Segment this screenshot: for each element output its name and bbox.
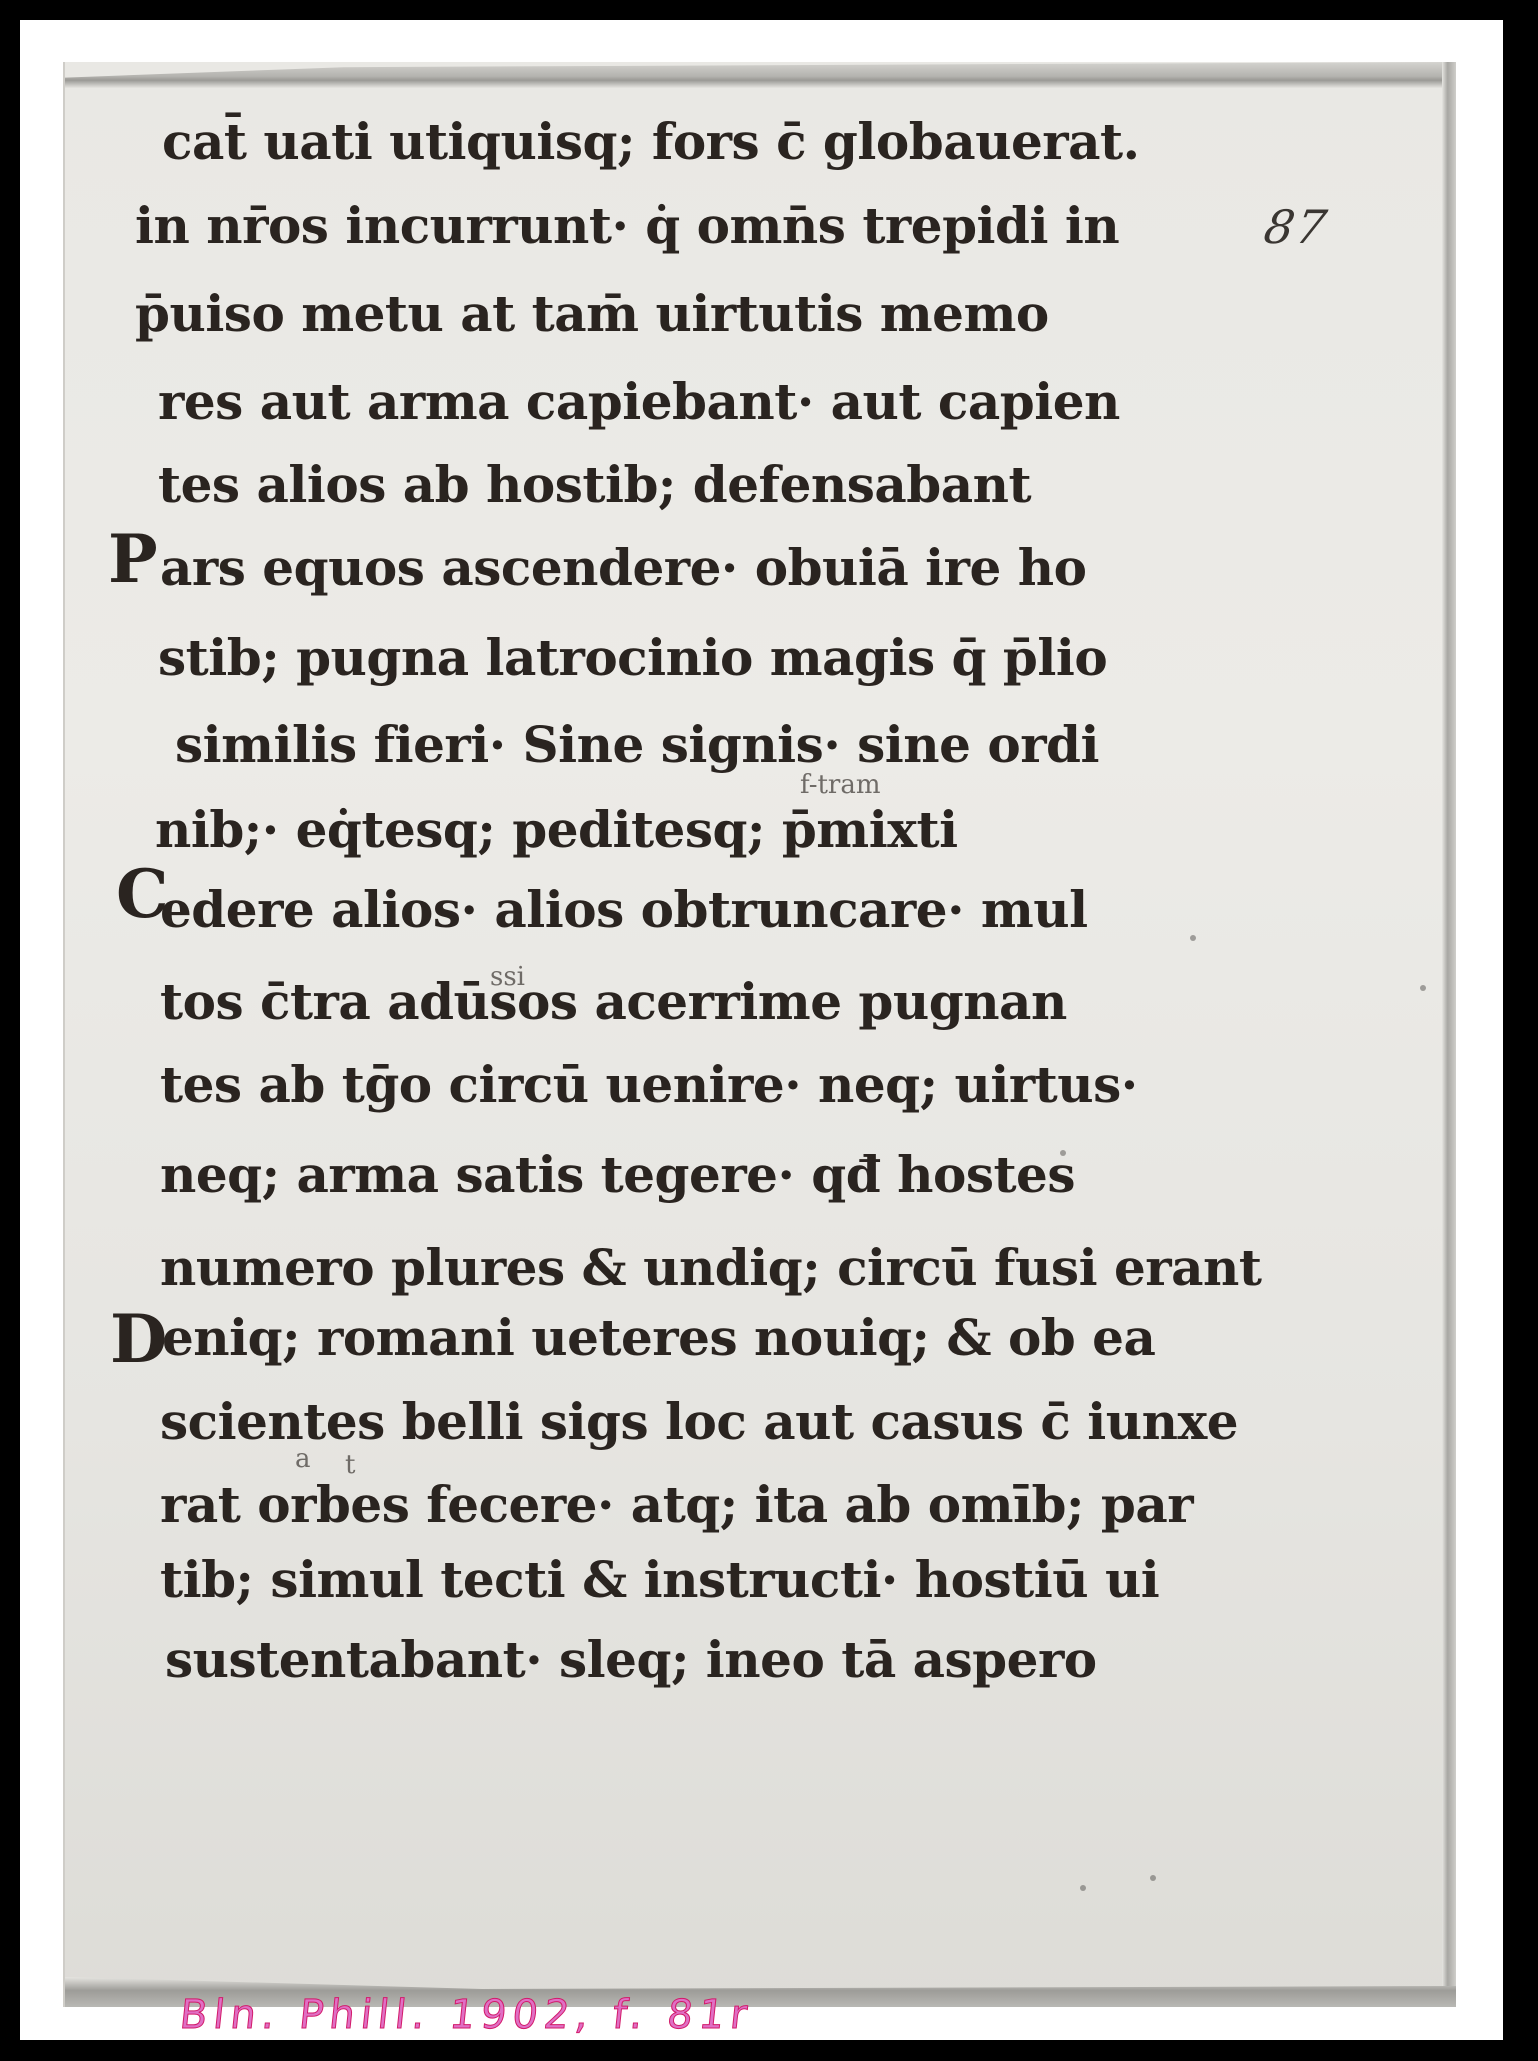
- text-line: tib; simul tecti & instructi· hostiū ui: [160, 1550, 1159, 1609]
- text-line: in nr̄os incurrunt· q̇ omn̄s trepidi in: [135, 196, 1119, 255]
- text-line: ars equos ascendere· obuiā ire ho: [160, 538, 1086, 597]
- text-line: eniq; romani ueteres nouiq; & ob ea: [162, 1308, 1155, 1367]
- parchment-speck: [1080, 1885, 1086, 1891]
- initial-d: D: [110, 1300, 167, 1378]
- text-line: numero plures & undiq; circū fusi erant: [160, 1238, 1261, 1297]
- text-line: scientes belli sigs loc aut casus c̄ iun…: [160, 1392, 1238, 1451]
- parchment-speck: [1150, 1875, 1156, 1881]
- text-line: tes ab tḡo circū uenire· neq; uirtus·: [160, 1055, 1138, 1114]
- text-line: edere alios· alios obtruncare· mul: [160, 880, 1088, 939]
- text-line: cat̄ uati utiquisq; fors c̄ globauerat.: [162, 112, 1140, 171]
- interlinear-gloss: f-tram: [800, 770, 881, 800]
- parchment-speck: [1420, 985, 1426, 991]
- text-line: neq; arma satis tegere· qđ hostes: [160, 1145, 1075, 1204]
- text-line: similis fieri· Sine signis· sine ordi: [175, 715, 1099, 774]
- manuscript-text-block: P C D f-tram ssi a t cat̄ uati utiquisq;…: [0, 0, 1538, 2061]
- text-line: p̄uiso metu at tam̄ uirtutis memo: [135, 284, 1049, 343]
- parchment-speck: [1190, 935, 1196, 941]
- text-line: nib;· eq̇tesq; peditesq; p̄mixti: [155, 800, 958, 859]
- text-line: res aut arma capiebant· aut capien: [158, 372, 1120, 431]
- text-line: stib; pugna latrocinio magis q̄ p̄lio: [158, 628, 1107, 687]
- text-line: tos c̄tra adūsos acerrime pugnan: [160, 972, 1067, 1031]
- parchment-speck: [1060, 1150, 1066, 1156]
- initial-p: P: [108, 520, 158, 598]
- text-line: sustentabant· sleq; ineo tā aspero: [165, 1630, 1097, 1689]
- text-line: rat orbes fecere· atq; ita ab omīb; par: [160, 1475, 1193, 1534]
- shelfmark-label: Bln. Phill. 1902, f. 81r: [178, 1992, 756, 2038]
- text-line: tes alios ab hostib; defensabant: [158, 455, 1031, 514]
